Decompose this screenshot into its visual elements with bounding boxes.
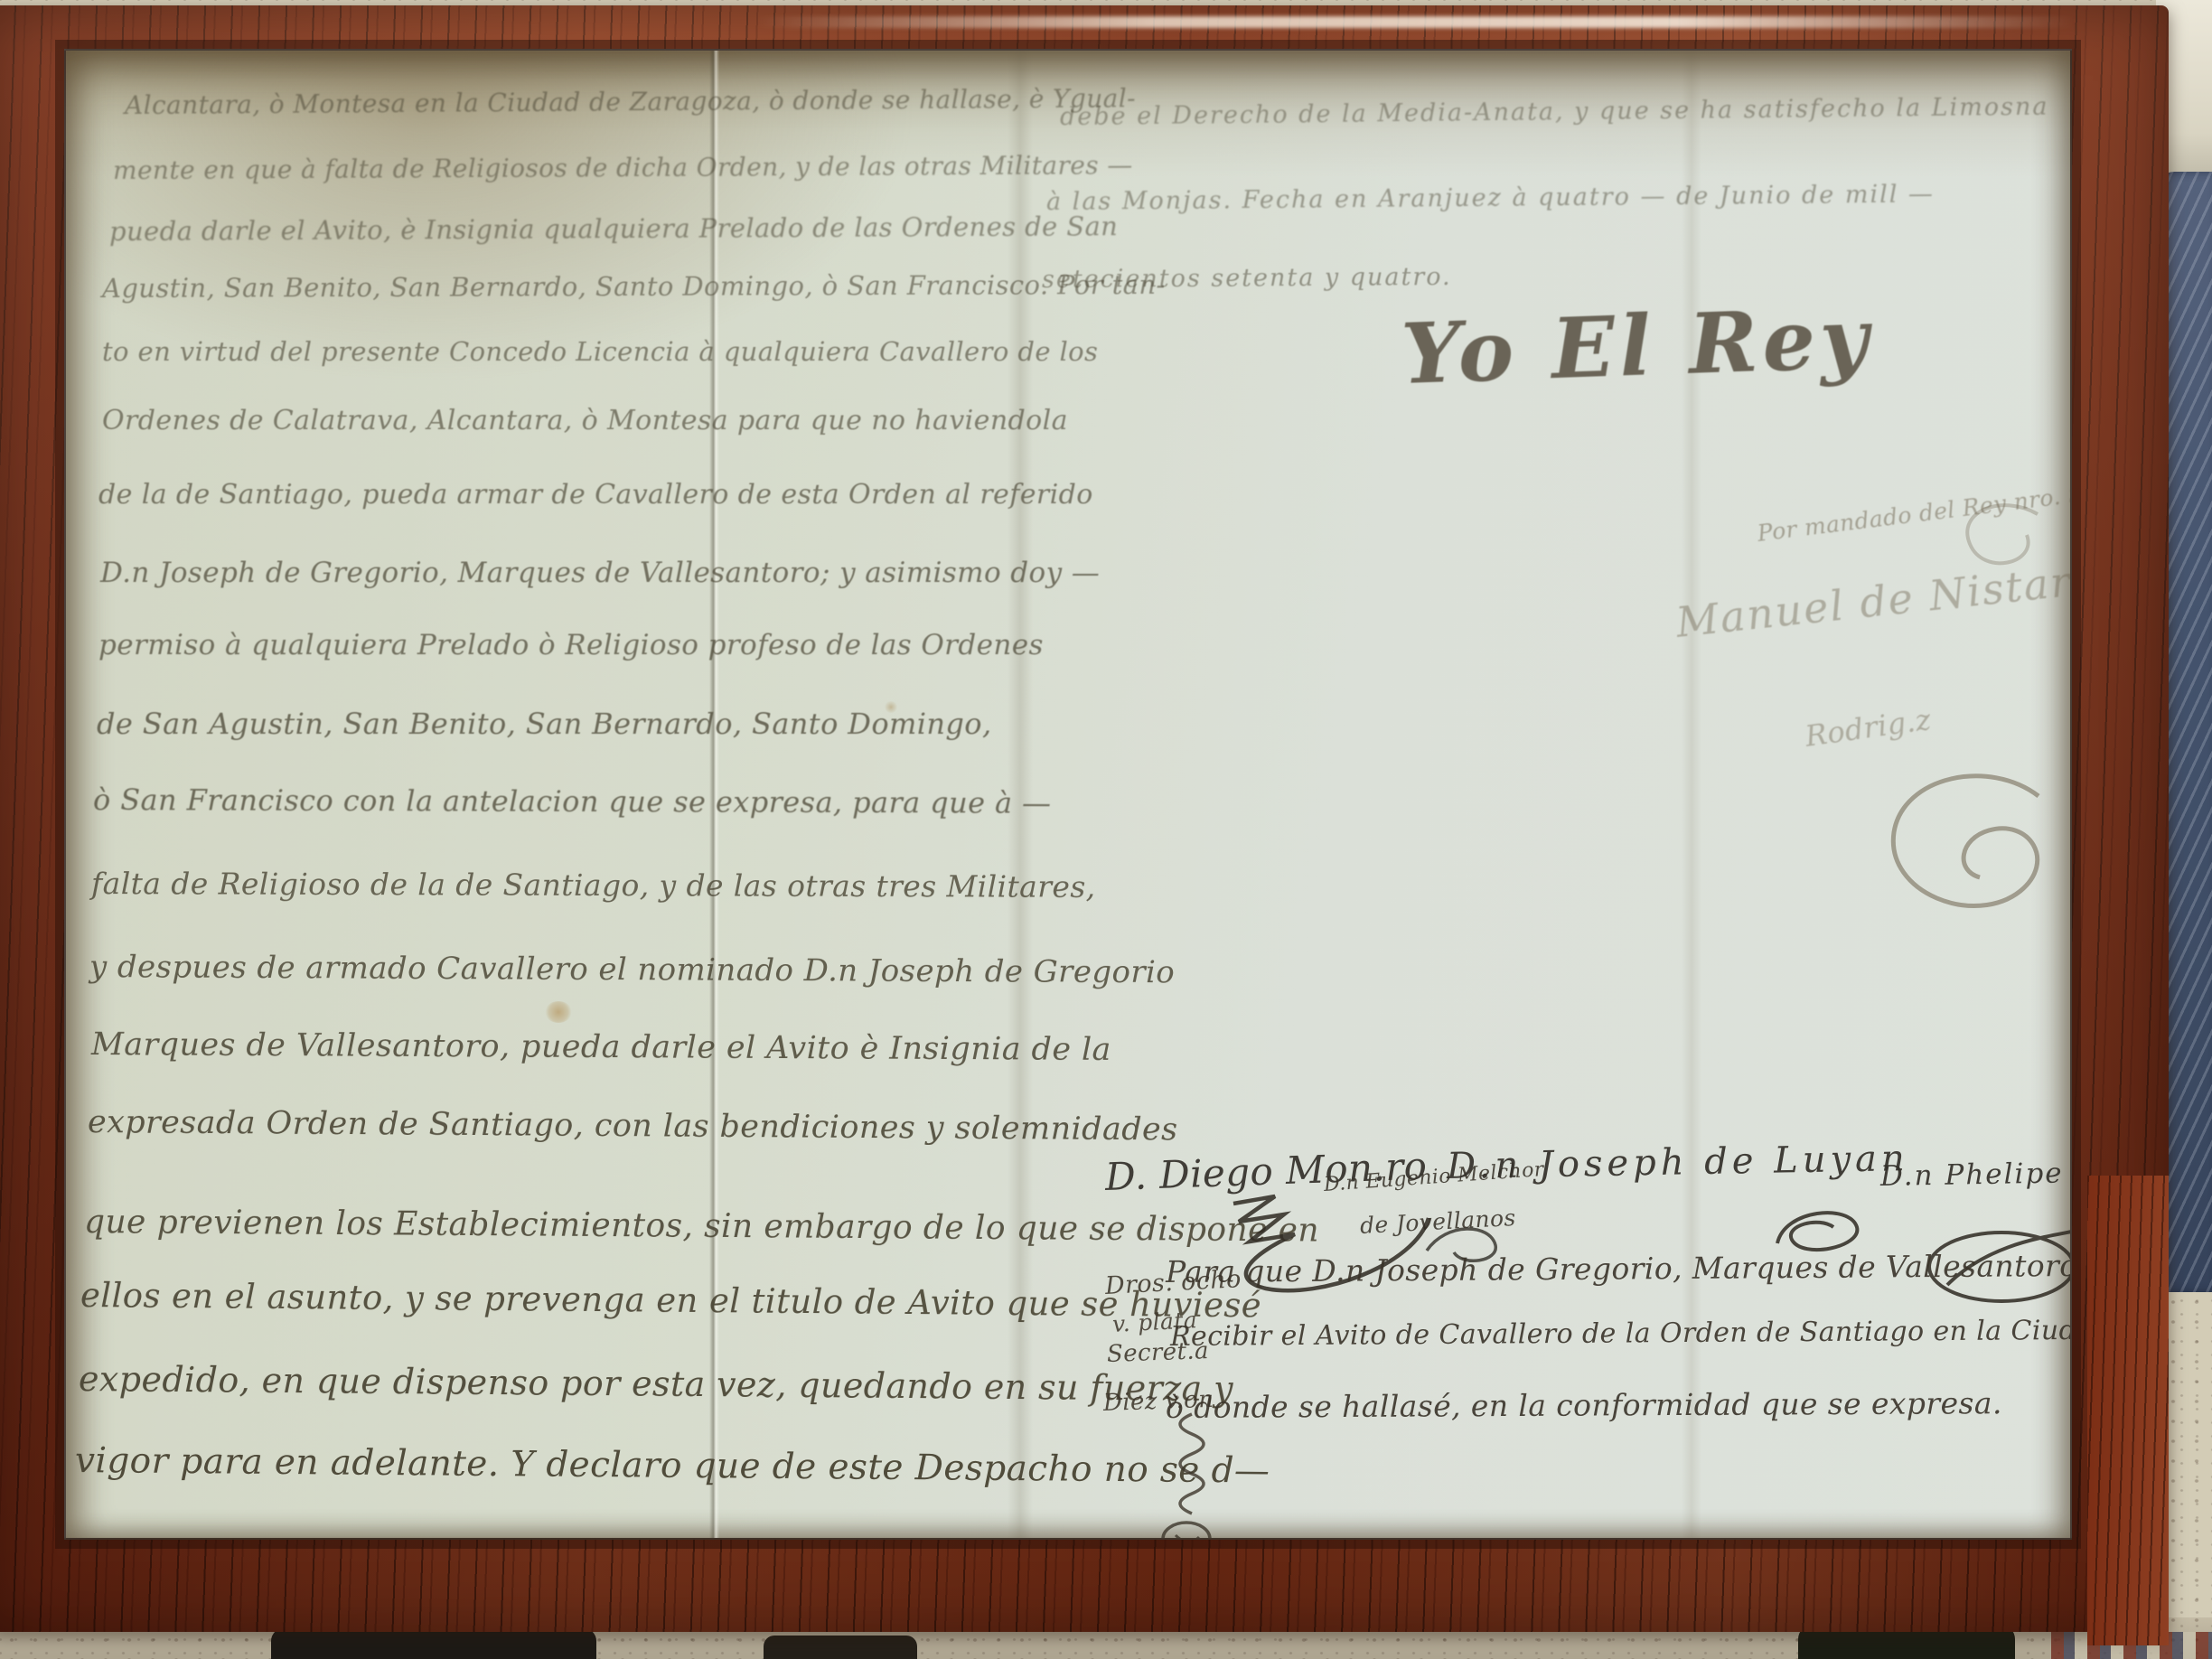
manuscript-line: que previenen los Establecimientos, sin … [84, 1204, 1319, 1250]
manuscript-line: pueda darle el Avito, è Insignia qualqui… [109, 211, 1118, 247]
manuscript-line: expresada Orden de Santiago, con las ben… [88, 1104, 1178, 1148]
floor-object-dark [764, 1636, 917, 1659]
manuscript-line: expedido, en que dispenso por esta vez, … [79, 1359, 1233, 1409]
registration-line: Para que D.n Joseph de Gregorio, Marques… [1166, 1247, 2072, 1289]
floor-object-dark [271, 1628, 596, 1659]
manuscript-line: à las Monjas. Fecha en Aranjuez à quatro… [1046, 180, 1935, 216]
manuscript-line: Marques de Vallesantoro, pueda darle el … [91, 1026, 1111, 1068]
manuscript-line: to en virtud del presente Concedo Licenc… [102, 336, 1098, 367]
manuscript-paper: Alcantara, ò Montesa en la Ciudad de Zar… [64, 49, 2072, 1540]
paper-crease [1682, 51, 1701, 1538]
frame-right-edge [2087, 1176, 2169, 1645]
manuscript-line: Alcantara, ò Montesa en la Ciudad de Zar… [125, 83, 1136, 120]
manuscript-line: de la de Santiago, pueda armar de Cavall… [98, 479, 1093, 511]
manuscript-line: mente en que à falta de Religiosos de di… [113, 150, 1133, 185]
margin-rubric-icon [1148, 1411, 1230, 1540]
royal-paraph-rubric-icon [1853, 769, 2061, 936]
registration-line: ò donde se hallasé, en la conformidad qu… [1166, 1385, 2002, 1425]
official-signature: D.n Phelipe de Rivero [1880, 1154, 2072, 1193]
manuscript-line: Ordenes de Calatrava, Alcantara, ò Monte… [102, 405, 1068, 436]
manuscript-line: falta de Religioso de la de Santiago, y … [91, 866, 1096, 904]
manuscript-line: ò San Francisco con la antelacion que se… [93, 783, 1052, 820]
paper-stain [545, 1001, 572, 1023]
manuscript-line: setecientos setenta y quatro. [1042, 263, 1452, 294]
manuscript-line: debe el Derecho de la Media-Anata, y que… [1060, 93, 2049, 131]
official-signature: D.n Joseph de Luyan [1447, 1138, 1909, 1187]
wooden-picture-frame: Alcantara, ò Montesa en la Ciudad de Zar… [0, 5, 2169, 1632]
signature-rubric-icon [1212, 1178, 1438, 1314]
manuscript-line: D.n Joseph de Gregorio, Marques de Valle… [100, 557, 1100, 589]
manuscript-line: y despues de armado Cavallero el nominad… [89, 949, 1175, 990]
manuscript-line: de San Agustin, San Benito, San Bernardo… [97, 707, 992, 741]
registration-line: Recibir el Avito de Cavallero de la Orde… [1170, 1313, 2072, 1353]
frame-gloss-highlight [755, 16, 2075, 28]
manuscript-line: permiso à qualquiera Prelado ò Religioso… [98, 629, 1044, 661]
signature-curl-icon [1920, 501, 2056, 618]
manuscript-line: vigor para en adelante. Y declaro que de… [75, 1440, 1270, 1492]
secondary-signature: Rodrig.z [1803, 702, 1933, 754]
manuscript-line: ellos en el asunto, y se prevenga en el … [80, 1276, 1261, 1325]
manuscript-line: Agustin, San Benito, San Bernardo, Santo… [102, 269, 1166, 304]
framed-manuscript-photo: Alcantara, ò Montesa en la Ciudad de Zar… [0, 0, 2212, 1659]
royal-signature: Yo El Rey [1400, 289, 1874, 403]
